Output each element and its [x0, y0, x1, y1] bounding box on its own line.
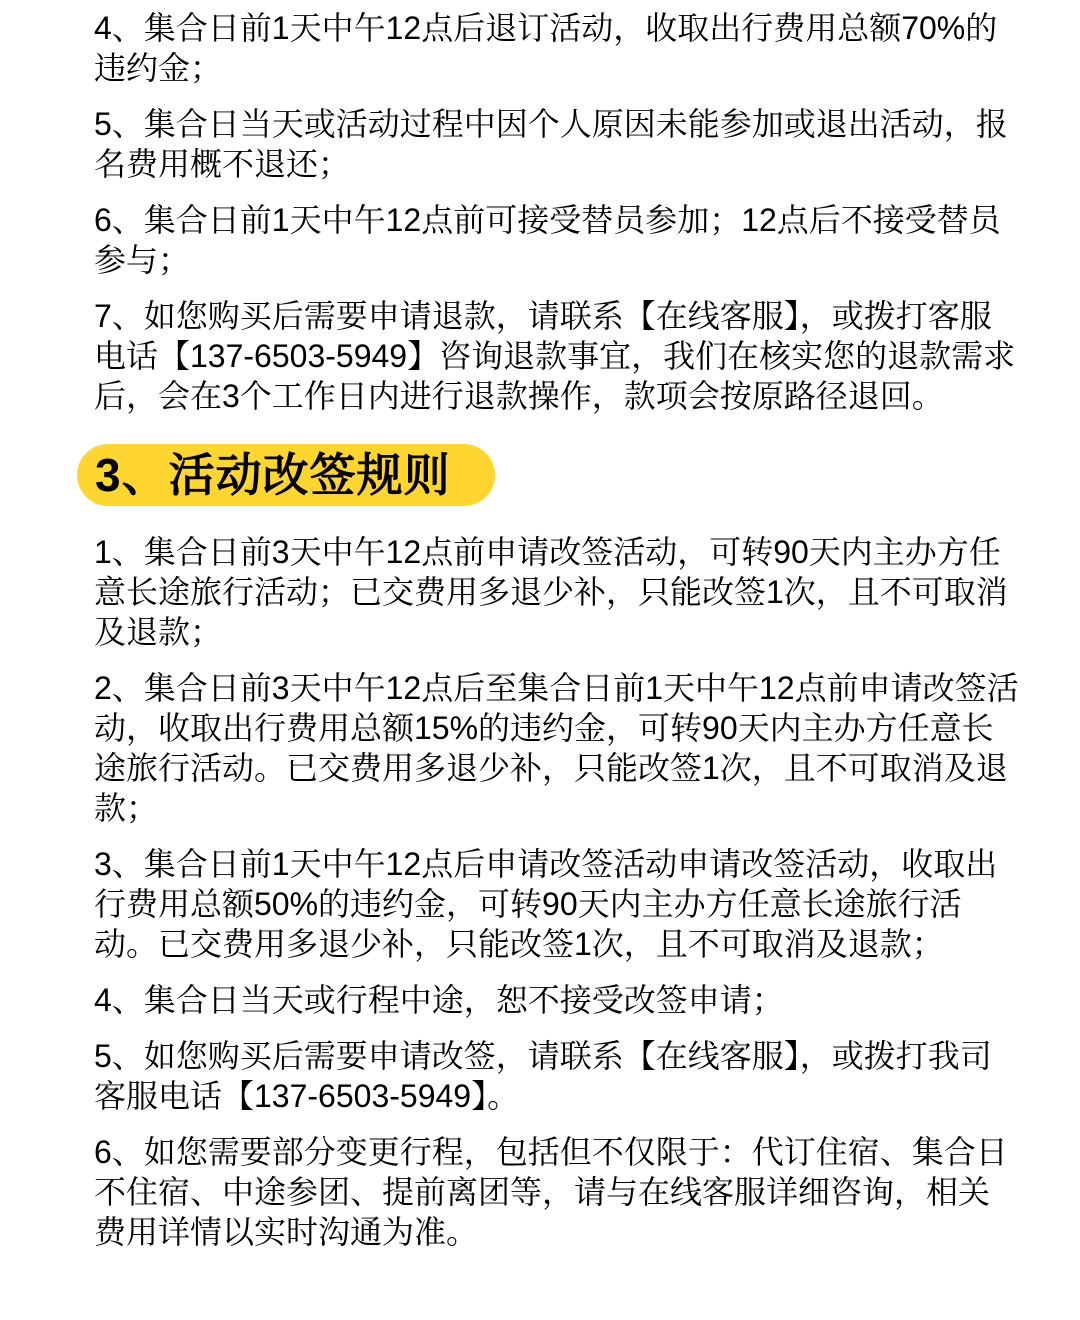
change-rule-item-5: 5、如您购买后需要申请改签，请联系【在线客服】，或拨打我司客服电话【137-65… [94, 1036, 1020, 1116]
change-rule-item-1: 1、集合日前3天中午12点前申请改签活动，可转90天内主办方任意长途旅行活动；已… [94, 532, 1020, 652]
change-rule-item-4: 4、集合日当天或行程中途，恕不接受改签申请； [94, 980, 1020, 1020]
refund-rule-item-5: 5、集合日当天或活动过程中因个人原因未能参加或退出活动，报名费用概不退还； [94, 104, 1020, 184]
section-heading-change-rules: 3、活动改签规则 [77, 444, 495, 506]
rules-document-page: 4、集合日前1天中午12点后退订活动，收取出行费用总额70%的违约金； 5、集合… [0, 0, 1080, 1320]
change-rule-item-3: 3、集合日前1天中午12点后申请改签活动申请改签活动，收取出行费用总额50%的违… [94, 844, 1020, 964]
change-rule-item-6: 6、如您需要部分变更行程，包括但不仅限于：代订住宿、集合日不住宿、中途参团、提前… [94, 1132, 1020, 1252]
change-rules-section: 1、集合日前3天中午12点前申请改签活动，可转90天内主办方任意长途旅行活动；已… [94, 532, 1020, 1252]
refund-rule-item-4: 4、集合日前1天中午12点后退订活动，收取出行费用总额70%的违约金； [94, 8, 1020, 88]
refund-rule-item-7: 7、如您购买后需要申请退款，请联系【在线客服】，或拨打客服电话【137-6503… [94, 296, 1020, 416]
refund-rules-section: 4、集合日前1天中午12点后退订活动，收取出行费用总额70%的违约金； 5、集合… [94, 8, 1020, 416]
change-rules-heading-wrap: 3、活动改签规则 [77, 444, 1020, 506]
change-rule-item-2: 2、集合日前3天中午12点后至集合日前1天中午12点前申请改签活动，收取出行费用… [94, 668, 1020, 828]
refund-rule-item-6: 6、集合日前1天中午12点前可接受替员参加；12点后不接受替员参与； [94, 200, 1020, 280]
